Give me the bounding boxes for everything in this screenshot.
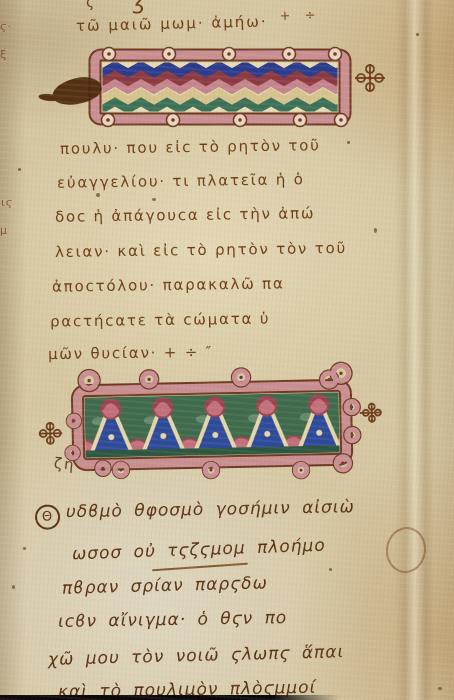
- floral-headpiece-art: [27, 348, 400, 496]
- margin-glyph: ϛ·: [0, 20, 12, 33]
- zigzag-headpiece-art: [83, 41, 393, 141]
- quatrefoil-ornament: [355, 64, 385, 92]
- text-line: ωσοσ οὐ τϛζϛμομ πλοήμο: [72, 536, 326, 565]
- zigzag-field: [103, 63, 338, 112]
- rubric-line: τῶ μαιῶ μωμ· ἀμήω·+ ÷: [76, 11, 321, 35]
- manuscript-page: ʒ ϛ ϛ· ξ ιϛ μ τῶ μαιῶ μωμ· ἀμήω·+ ÷: [0, 0, 454, 700]
- ink-speck: [18, 168, 21, 171]
- ink-speck: [96, 193, 100, 197]
- quatrefoil-ornament: [360, 402, 382, 422]
- rubric-text: τῶ μαιῶ μωμ· ἀμήω·: [76, 12, 268, 35]
- quatrefoil-ornament: [39, 422, 62, 444]
- text-line: πϐραν σρίαν παρϛδω: [62, 573, 268, 598]
- text-line: δοϲ ἡ ἀπάγουϲα εἰϲ τὴν ἀπώ: [55, 204, 315, 226]
- text-line: λειαν· καὶ εἰϲ τὸ ρητὸν τὸν τοῦ: [55, 239, 347, 261]
- line-text: υδϐμὸ θφοσμὸ γοσήμιν αἰσιὼ: [66, 497, 355, 522]
- text-line: πουλυ· που εἰϲ τὸ ρητὸν τοῦ: [60, 136, 321, 158]
- text-line: ραϲτήϲατε τὰ ϲώματα ὑ: [50, 309, 271, 330]
- ink-speck: [438, 687, 442, 690]
- ink-speck: [12, 585, 15, 589]
- zigzag-headpiece: [83, 41, 393, 141]
- cropped-letter: ʒ: [132, 0, 144, 14]
- ink-speck: [347, 141, 350, 144]
- page-crease: [394, 0, 434, 700]
- cross-marks: + ÷: [279, 8, 320, 24]
- margin-glyph: ξ: [0, 48, 7, 61]
- photo-edge: [0, 695, 340, 700]
- quire-mark: ζη: [53, 454, 76, 474]
- margin-glyph: μ: [0, 224, 8, 237]
- ink-speck: [23, 547, 26, 550]
- floral-headpiece: [27, 348, 400, 496]
- text-line: χῶ μου τὸν νοιῶ ϛλωπϛ ἅπαι: [48, 642, 345, 670]
- ink-speck: [416, 33, 419, 36]
- text-line: Θυδϐμὸ θφοσμὸ γοσήμιν αἰσιὼ: [35, 497, 355, 530]
- pen-stroke: [152, 563, 248, 572]
- margin-glyph: ιϛ: [1, 196, 13, 209]
- text-line: ἀποϲτόλου· παρακαλῶ πα: [52, 274, 285, 295]
- circled-initial: Θ: [35, 504, 60, 529]
- ring-stain: [383, 524, 429, 575]
- cropped-letter: ϛ: [86, 0, 95, 11]
- text-line: εὐαγγελίου· τι πλατεῖα ἡ ὁ: [57, 170, 305, 191]
- ink-speck: [329, 568, 332, 571]
- text-line: ιϲϐν αἴνιγμα· ὁ θϛν πο: [58, 608, 288, 632]
- ink-speck: [152, 198, 156, 201]
- ink-speck: [374, 228, 377, 233]
